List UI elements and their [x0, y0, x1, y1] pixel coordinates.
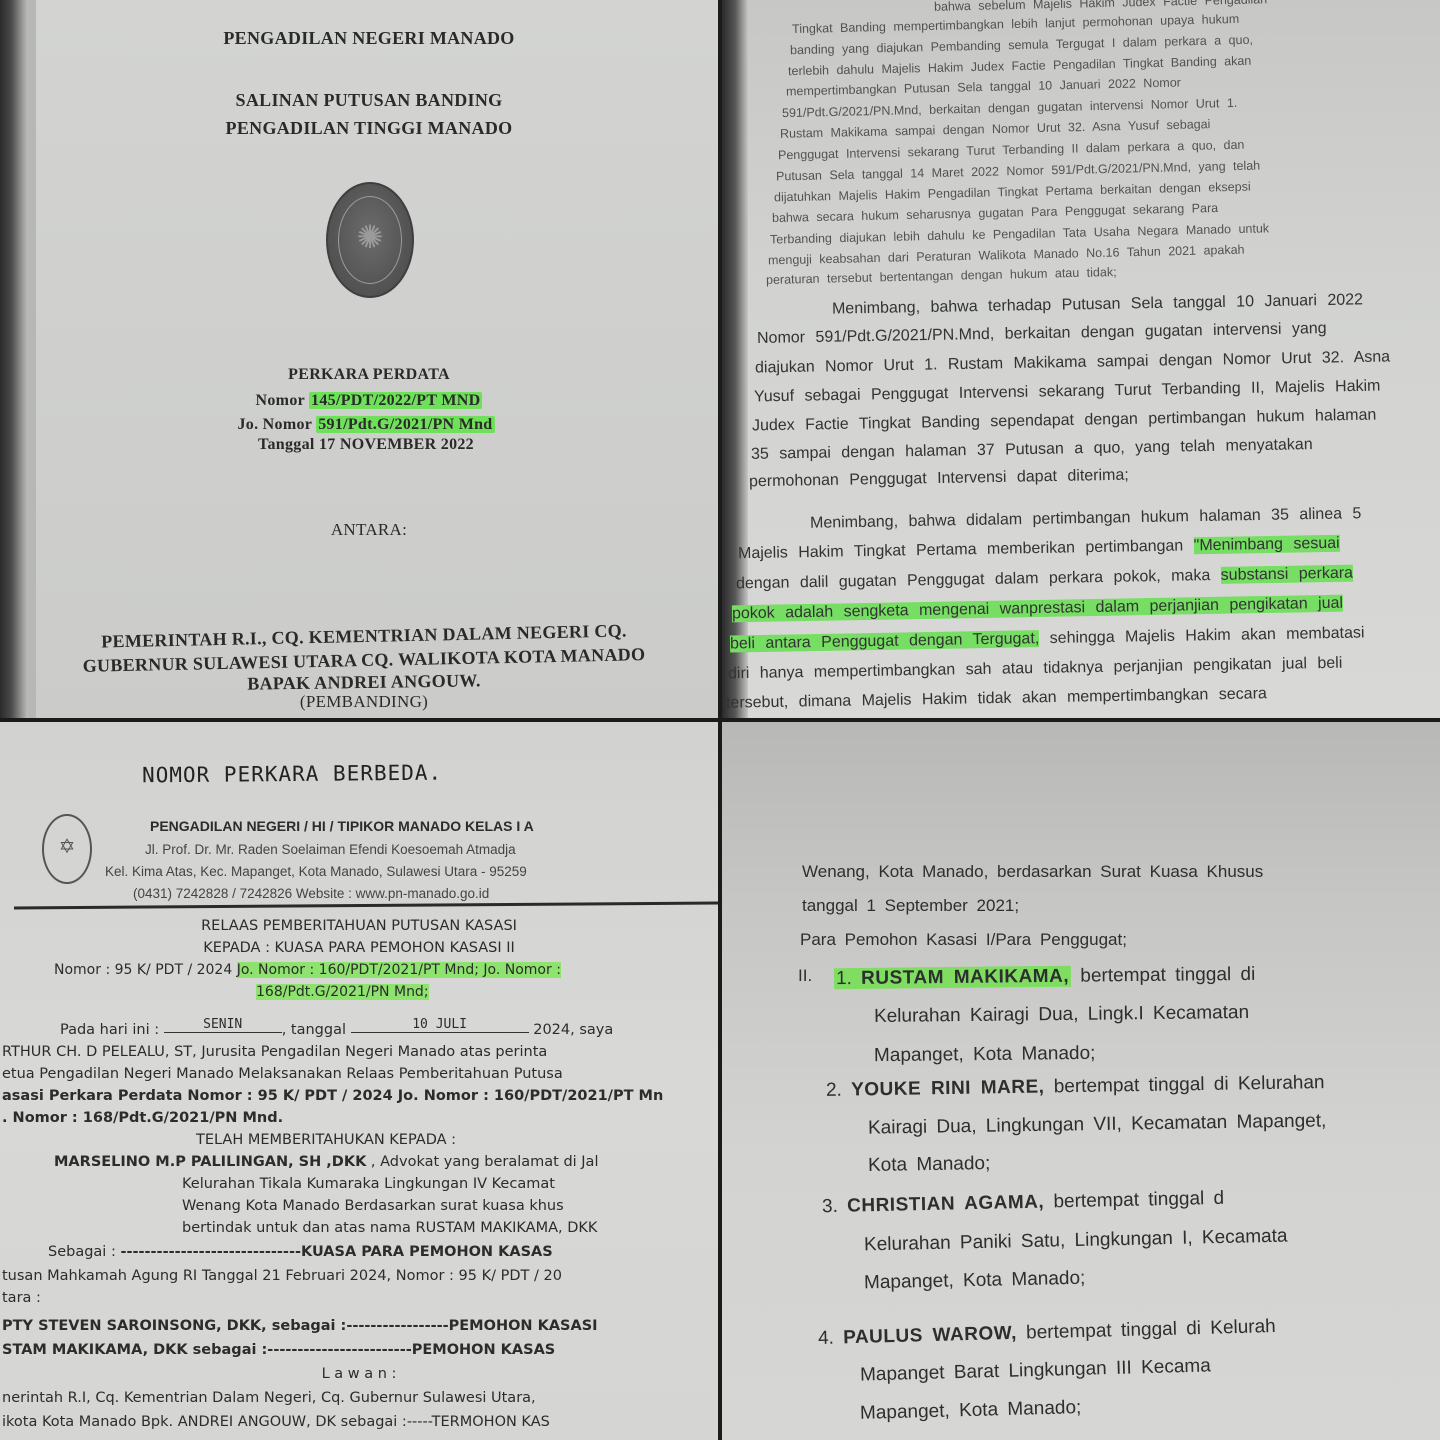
party-role: (PEMBANDING)	[10, 692, 718, 712]
party-list-item: 4. PAULUS WAROW, bertempat tinggal di Ke…	[818, 1316, 1276, 1350]
judgment-line: bahwa secara hukum seharusnya gugatan Pa…	[772, 201, 1218, 225]
item-number: 2.	[826, 1080, 851, 1101]
sebagai-line: Sebagai : ------------------------------…	[48, 1244, 553, 1260]
judgment-line: menguji keabsahan dari Peraturan Walikot…	[768, 243, 1245, 268]
intro-line: Para Pemohon Kasasi I/Para Penggugat;	[800, 930, 1127, 950]
party-list-item: 3. CHRISTIAN AGAMA, bertempat tinggal d	[822, 1188, 1225, 1218]
item-number: 4.	[818, 1327, 844, 1349]
intro-line: Wenang, Kota Manado, berdasarkan Surat K…	[802, 862, 1263, 882]
party-address-line: Mapanget Barat Lingkungan III Kecama	[860, 1355, 1211, 1386]
related-case-label: Jo. Nomor	[237, 416, 311, 433]
party-role: ------------------------PEMOHON KASAS	[267, 1342, 555, 1358]
party-role: -----------------PEMOHON KASASI	[346, 1318, 597, 1334]
judgment-line: beli antara Penggugat dengan Tergugat, s…	[730, 624, 1365, 653]
day-label: Pada hari ini :	[60, 1022, 159, 1038]
party-address-start: bertempat tinggal d	[1044, 1188, 1224, 1213]
party-name: RUSTAM MAKIKAMA,	[861, 966, 1069, 989]
notified-heading: TELAH MEMBERITAHUKAN KEPADA :	[196, 1132, 456, 1148]
item-number: 1.	[836, 968, 861, 989]
case-number: Nomor 145/PDT/2022/PT MND	[20, 392, 718, 410]
sebagai-value: ------------------------------KUASA PARA…	[120, 1244, 552, 1260]
party-address-line: Kelurahan Paniki Satu, Lingkungan I, Kec…	[864, 1226, 1288, 1257]
judgment-line: permohonan Penggugat Intervensi dapat di…	[749, 467, 1129, 492]
judgment-line: Rustam Makikama sampai dengan Nomor Urut…	[780, 117, 1211, 141]
judgment-line: Penggugat Intervensi sekarang Turut Terb…	[778, 138, 1245, 163]
relaas-body-line: . Nomor : 168/Pdt.G/2021/PN Mnd.	[2, 1110, 283, 1126]
panel-judgment-text: bahwa sebelum Majelis Hakim Judex Factie…	[722, 0, 1440, 718]
letterhead-contact: (0431) 7242828 / 7242826 Website : www.p…	[133, 886, 489, 901]
case-number-value: 145/PDT/2022/PT MND	[309, 392, 482, 409]
case-type: PERKARA PERDATA	[20, 366, 718, 384]
related-numbers-highlight: Jo. Nomor : 160/PDT/2021/PT Mnd; Jo. Nom…	[237, 962, 561, 978]
relaas-recipient: KEPADA : KUASA PARA PEMOHON KASASI II	[0, 940, 718, 956]
judgment-line: Tingkat Banding mempertimbangkan lebih l…	[792, 12, 1239, 36]
handwritten-note: NOMOR PERKARA BERBEDA.	[142, 761, 442, 788]
judgment-line: mempertimbangkan Putusan Sela tanggal 10…	[786, 76, 1181, 99]
judgment-line: 591/Pdt.G/2021/PN.Mnd, berkaitan dengan …	[782, 96, 1238, 120]
first-instance-number-highlight: 168/Pdt.G/2021/PN Mnd;	[256, 984, 429, 1000]
party-address-start: bertempat tinggal di Kelurah	[1017, 1316, 1276, 1344]
judgment-line: dijatuhkan Majelis Hakim Pengadilan Ting…	[774, 180, 1251, 205]
item-number: 3.	[822, 1196, 848, 1218]
judgment-line: Menimbang, bahwa didalam pertimbangan hu…	[810, 505, 1362, 533]
document-title-line2: PENGADILAN TINGGI MANADO	[20, 118, 718, 139]
date-label: , tanggal	[282, 1022, 346, 1038]
party-row: PTY STEVEN SAROINSONG, DKK, sebagai :---…	[2, 1318, 598, 1334]
day-value: SENIN	[164, 1017, 282, 1033]
panel-party-list: Wenang, Kota Manado, berdasarkan Surat K…	[722, 722, 1440, 1440]
party-address-line: Kelurahan Kairagi Dua, Lingk.I Kecamatan	[874, 1002, 1249, 1028]
judgment-line: 35 sampai dengan halaman 37 Putusan a qu…	[750, 436, 1312, 464]
party-name: PTY STEVEN SAROINSONG, DKK, sebagai :	[2, 1318, 346, 1334]
highlighted-text: "Menimbang sesuai	[1194, 535, 1340, 555]
court-seal-icon	[326, 182, 414, 298]
judgment-line: pokok adalah sengketa mengenai wanpresta…	[732, 595, 1343, 624]
advocate-address-line: bertindak untuk dan atas nama RUSTAM MAK…	[182, 1220, 597, 1236]
decision-date: Tanggal 17 NOVEMBER 2022	[14, 436, 718, 454]
court-name: PENGADILAN NEGERI MANADO	[20, 28, 718, 49]
opponent-line: ikota Kota Manado Bpk. ANDREI ANGOUW, DK…	[2, 1414, 550, 1430]
advocate-name: MARSELINO M.P PALILINGAN, SH ,DKK	[54, 1154, 366, 1170]
group-label: II.	[798, 966, 812, 986]
year-suffix: 2024, saya	[533, 1022, 613, 1038]
party-address-line: Mapanget, Kota Manado;	[864, 1268, 1086, 1295]
panel-relaas-notice: NOMOR PERKARA BERBEDA. PENGADILAN NEGERI…	[0, 722, 718, 1440]
advocate-line: MARSELINO M.P PALILINGAN, SH ,DKK , Advo…	[54, 1154, 598, 1170]
highlighted-text: pokok adalah sengketa mengenai wanpresta…	[732, 595, 1343, 623]
party-address-start: bertempat tinggal di	[1071, 964, 1255, 987]
between-label: ANTARA:	[20, 520, 718, 540]
party-address-line: Kairagi Dua, Lingkungan VII, Kecamatan M…	[868, 1110, 1327, 1139]
related-case-value: 591/Pdt.G/2021/PN Mnd	[316, 416, 494, 433]
party-row: STAM MAKIKAMA, DKK sebagai :------------…	[2, 1342, 555, 1358]
case-number-label: Nomor	[256, 392, 305, 409]
related-case-number: Jo. Nomor 591/Pdt.G/2021/PN Mnd	[14, 416, 718, 434]
party-address-line: Mapanget, Kota Manado;	[860, 1397, 1082, 1425]
court-logo-icon	[42, 814, 92, 884]
judgment-line: Menimbang, bahwa terhadap Putusan Sela t…	[832, 291, 1363, 318]
versus-label: L a w a n :	[0, 1366, 718, 1382]
letterhead-address1: Jl. Prof. Dr. Mr. Raden Soelaiman Efendi…	[145, 842, 516, 857]
relaas-body-line: RTHUR CH. D PELEALU, ST, Jurusita Pengad…	[2, 1044, 547, 1060]
judgment-line: Nomor 591/Pdt.G/2021/PN.Mnd, berkaitan d…	[756, 320, 1326, 348]
judgment-line: diajukan Nomor Urut 1. Rustam Makikama s…	[755, 348, 1390, 377]
highlighted-text: 1. RUSTAM MAKIKAMA,	[834, 966, 1071, 989]
judgment-line: tersebut, dimana Majelis Hakim tidak aka…	[726, 685, 1267, 712]
kasasi-number: Nomor : 95 K/ PDT / 2024	[54, 962, 237, 978]
relaas-case-numbers-2: 168/Pdt.G/2021/PN Mnd;	[256, 984, 429, 1000]
sebagai-label: Sebagai :	[48, 1244, 120, 1260]
party-name: STAM MAKIKAMA, DKK sebagai :	[2, 1342, 267, 1358]
judgment-line: Putusan Sela tanggal 14 Maret 2022 Nomor…	[776, 159, 1260, 184]
relaas-body-line: asasi Perkara Perdata Nomor : 95 K/ PDT …	[2, 1088, 663, 1104]
party-list-item: 1. RUSTAM MAKIKAMA, bertempat tinggal di	[834, 964, 1255, 990]
ruling-line-2: tara :	[2, 1290, 41, 1306]
party-address-start: bertempat tinggal di Kelurahan	[1044, 1072, 1324, 1097]
advocate-address-line: Wenang Kota Manado Berdasarkan surat kua…	[182, 1198, 564, 1214]
highlighted-text: substansi perkara	[1221, 565, 1354, 584]
ruling-line: tusan Mahkamah Agung RI Tanggal 21 Febru…	[2, 1268, 562, 1284]
date-value: 10 JULI	[351, 1017, 529, 1033]
highlighted-text: beli antara Penggugat dengan Tergugat,	[730, 630, 1040, 652]
relaas-case-numbers: Nomor : 95 K/ PDT / 2024 Jo. Nomor : 160…	[54, 962, 561, 978]
relaas-title: RELAAS PEMBERITAHUAN PUTUSAN KASASI	[0, 918, 718, 934]
panel-cover-page: PENGADILAN NEGERI MANADO SALINAN PUTUSAN…	[0, 0, 718, 718]
document-title-line1: SALINAN PUTUSAN BANDING	[20, 90, 718, 111]
party-address-line: Mapanget, Kota Manado;	[874, 1043, 1096, 1067]
party-name: CHRISTIAN AGAMA,	[847, 1192, 1044, 1217]
opponent-line: nerintah R.I, Cq. Kementrian Dalam Neger…	[2, 1390, 536, 1406]
judgment-line: banding yang diajukan Pembanding semula …	[790, 33, 1253, 58]
relaas-body-line: etua Pengadilan Negeri Manado Melaksanak…	[2, 1066, 563, 1082]
judgment-line: Judex Factie Tingkat Banding sependapat …	[752, 407, 1377, 436]
judgment-line: Yusuf sebagai Penggugat Intervensi sekar…	[753, 378, 1380, 407]
document-collage: PENGADILAN NEGERI MANADO SALINAN PUTUSAN…	[0, 0, 1440, 1440]
intro-line: tanggal 1 September 2021;	[802, 896, 1019, 916]
judgment-line: peraturan tersebut bertentangan dengan h…	[766, 265, 1117, 287]
party-name: PAULUS WAROW,	[843, 1323, 1017, 1349]
party-address-line: Kota Manado;	[868, 1153, 991, 1177]
advocate-address-start: , Advokat yang beralamat di Jal	[366, 1154, 598, 1170]
service-date-line: Pada hari ini : SENIN, tanggal 10 JULI 2…	[60, 1022, 613, 1039]
judgment-line: diri hanya mempertimbangkan sah atau tid…	[728, 655, 1343, 684]
judgment-line: dengan dalil gugatan Penggugat dalam per…	[736, 565, 1353, 594]
party-name: YOUKE RINI MARE,	[851, 1076, 1045, 1100]
letterhead-divider	[14, 902, 718, 910]
party-list-item: 2. YOUKE RINI MARE, bertempat tinggal di…	[826, 1072, 1325, 1102]
advocate-address-line: Kelurahan Tikala Kumaraka Lingkungan IV …	[182, 1176, 555, 1192]
judgment-line: terlebih dahulu Majelis Hakim Judex Fact…	[788, 54, 1252, 79]
letterhead-court: PENGADILAN NEGERI / HI / TIPIKOR MANADO …	[150, 818, 534, 834]
letterhead-address2: Kel. Kima Atas, Kec. Mapanget, Kota Mana…	[105, 864, 527, 879]
judgment-line: Majelis Hakim Tingkat Pertama memberikan…	[738, 535, 1340, 563]
